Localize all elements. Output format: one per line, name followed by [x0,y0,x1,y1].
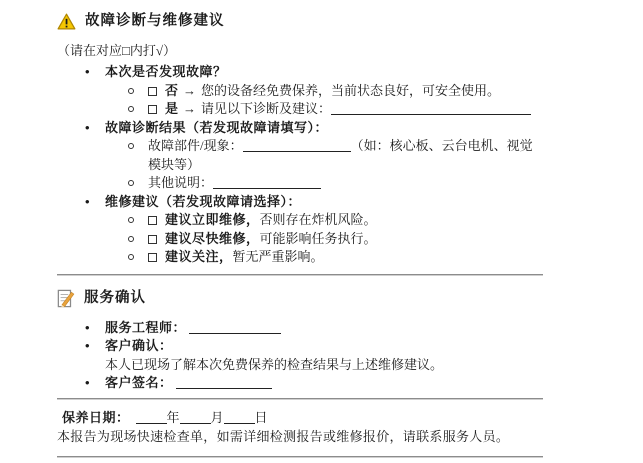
diagnosis-blank-line [331,101,531,115]
advice-option-row: 建议尽快维修，可能影响任务执行。 [57,230,543,249]
year-unit: 年 [167,410,180,425]
advice-option-rest: 暂无严重影响。 [233,249,324,264]
confirmation-section-title: 服务确认 [84,289,146,308]
circle-marker-icon [128,254,134,260]
circle-marker-icon [128,217,134,223]
maintenance-date-label: 保养日期： [62,410,130,425]
question-found-fault: • 本次是否发现故障？ [57,63,543,82]
customer-confirm-statement: 本人已现场了解本次免费保养的检查结果与上述维修建议。 [57,356,543,375]
report-page: 故障诊断与维修建议 （请在对应□内打√） • 本次是否发现故障？ 否→您的设备经… [0,0,643,463]
checkbox-icon [148,235,157,244]
advice-option-row: 建议关注，暂无严重影响。 [57,248,543,267]
advice-option-row: 建议立即维修，否则存在炸机风险。 [57,211,543,230]
question-found-fault-label: 本次是否发现故障？ [105,63,227,82]
advice-option-body: 建议尽快维修，可能影响任务执行。 [148,230,377,249]
report-content: 故障诊断与维修建议 （请在对应□内打√） • 本次是否发现故障？ 否→您的设备经… [57,12,543,458]
option-yes-body: 是→请见以下诊断及建议： [148,100,531,119]
advice-option-rest: 可能影响任务执行。 [260,231,377,246]
advice-option-strong: 建议立即维修， [165,212,260,227]
option-yes-row: 是→请见以下诊断及建议： [57,100,543,119]
customer-confirm-row: • 客户确认： [57,337,543,356]
fault-part-row: 故障部件/现象：（如：核心板、云台电机、视觉模块等） [57,137,543,174]
advice-option-body: 建议立即维修，否则存在炸机风险。 [148,211,377,230]
fault-part-label: 故障部件/现象： [148,138,243,153]
circle-marker-icon [128,106,134,112]
bullet-icon: • [85,119,105,138]
engineer-label: 服务工程师： [105,320,186,335]
warning-triangle-icon [57,13,76,30]
repair-advice-label: 维修建议（若发现故障请选择）： [105,193,301,212]
engineer-row: • 服务工程师： [57,319,543,338]
diagnosis-result-label: 故障诊断结果（若发现故障请填写）： [105,119,328,138]
other-notes-body: 其他说明： [148,174,321,193]
option-yes-key: 是 [165,101,179,116]
customer-confirm-label: 客户确认： [105,337,173,356]
bullet-icon: • [85,193,105,212]
checkbox-icon [148,216,157,225]
engineer-blank-line [189,320,281,334]
checkbox-icon [148,253,157,262]
checkbox-icon [148,87,157,96]
signature-row: • 客户签名： [57,374,543,393]
confirmation-section-header: 服务确认 [57,289,543,308]
diagnosis-section-header: 故障诊断与维修建议 [57,12,543,31]
check-instruction-note: （请在对应□内打√） [57,42,543,61]
other-notes-blank-line [213,175,321,189]
circle-marker-icon [128,180,134,186]
circle-marker-icon [128,143,134,149]
day-unit: 日 [255,410,268,425]
option-no-row: 否→您的设备经免费保养，当前状态良好，可安全使用。 [57,82,543,101]
bullet-icon: • [85,374,105,393]
bullet-icon: • [85,319,105,338]
fault-part-body: 故障部件/现象：（如：核心板、云台电机、视觉模块等） [148,137,543,174]
bullet-icon: • [85,337,105,356]
other-notes-row: 其他说明： [57,174,543,193]
circle-marker-icon [128,88,134,94]
day-blank-line [224,410,255,424]
option-no-key: 否 [165,83,179,98]
option-no-text: 您的设备经免费保养，当前状态良好，可安全使用。 [201,83,500,98]
year-blank-line [136,410,167,424]
month-blank-line [180,410,211,424]
maintenance-date-row: 保养日期：年月日 [57,409,543,428]
diagnosis-result-heading: • 故障诊断结果（若发现故障请填写）： [57,119,543,138]
section-divider [57,274,543,276]
arrow-icon: → [179,83,201,98]
advice-option-strong: 建议尽快维修， [165,231,260,246]
option-yes-text: 请见以下诊断及建议： [201,101,331,116]
footer-note: 本报告为现场快速检查单，如需详细检测报告或维修报价，请联系服务人员。 [57,428,543,447]
engineer-body: 服务工程师： [105,319,281,338]
advice-option-strong: 建议关注， [165,249,233,264]
other-notes-label: 其他说明： [148,175,213,190]
bullet-icon: • [85,63,105,82]
diagnosis-section-title: 故障诊断与维修建议 [85,12,225,31]
option-no-body: 否→您的设备经免费保养，当前状态良好，可安全使用。 [148,82,500,101]
repair-advice-heading: • 维修建议（若发现故障请选择）： [57,193,543,212]
memo-pencil-icon [57,289,75,308]
advice-option-rest: 否则存在炸机风险。 [260,212,377,227]
signature-blank-line [176,375,272,389]
arrow-icon: → [179,101,201,116]
month-unit: 月 [211,410,224,425]
section-divider [57,398,543,400]
section-divider [57,456,543,458]
checkbox-icon [148,105,157,114]
signature-body: 客户签名： [105,374,272,393]
fault-part-blank-line [243,138,351,152]
circle-marker-icon [128,236,134,242]
signature-label: 客户签名： [105,375,173,390]
advice-option-body: 建议关注，暂无严重影响。 [148,248,324,267]
